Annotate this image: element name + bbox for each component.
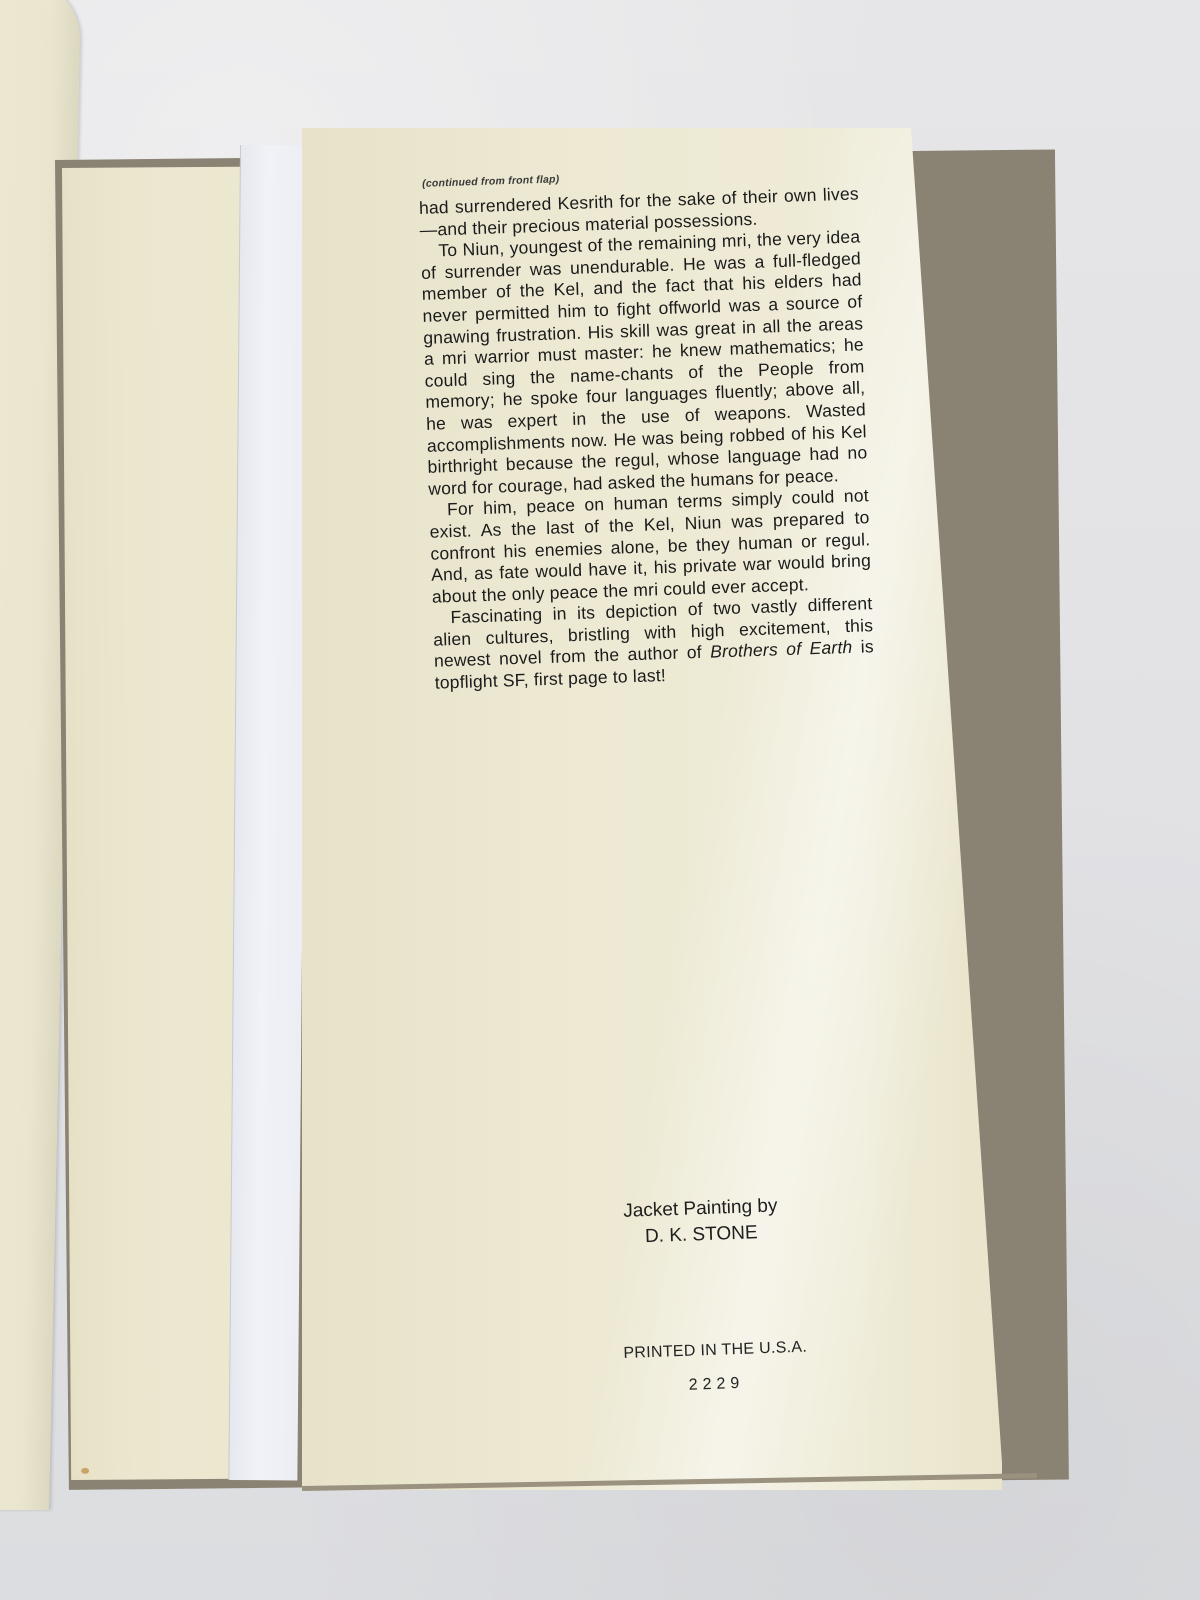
flap-text-block: (continued from front flap) had surrende… — [418, 163, 875, 694]
paragraph-4-lead: Fascinating in its depiction of two vast… — [433, 593, 873, 671]
jacket-credit: Jacket Painting by D. K. STONE — [590, 1192, 812, 1252]
paragraph-2: To Niun, youngest of the remaining mri, … — [420, 227, 868, 501]
protective-cover-strip — [228, 145, 309, 1481]
paragraph-4: Fascinating in its depiction of two vast… — [432, 593, 875, 694]
book-title-reference: Brothers of Earth — [710, 637, 853, 662]
paragraph-3: For him, peace on human terms simply cou… — [429, 486, 872, 608]
printing-info: PRINTED IN THE U.S.A. 2229 — [595, 1337, 837, 1399]
foxing-spot — [81, 1468, 89, 1474]
